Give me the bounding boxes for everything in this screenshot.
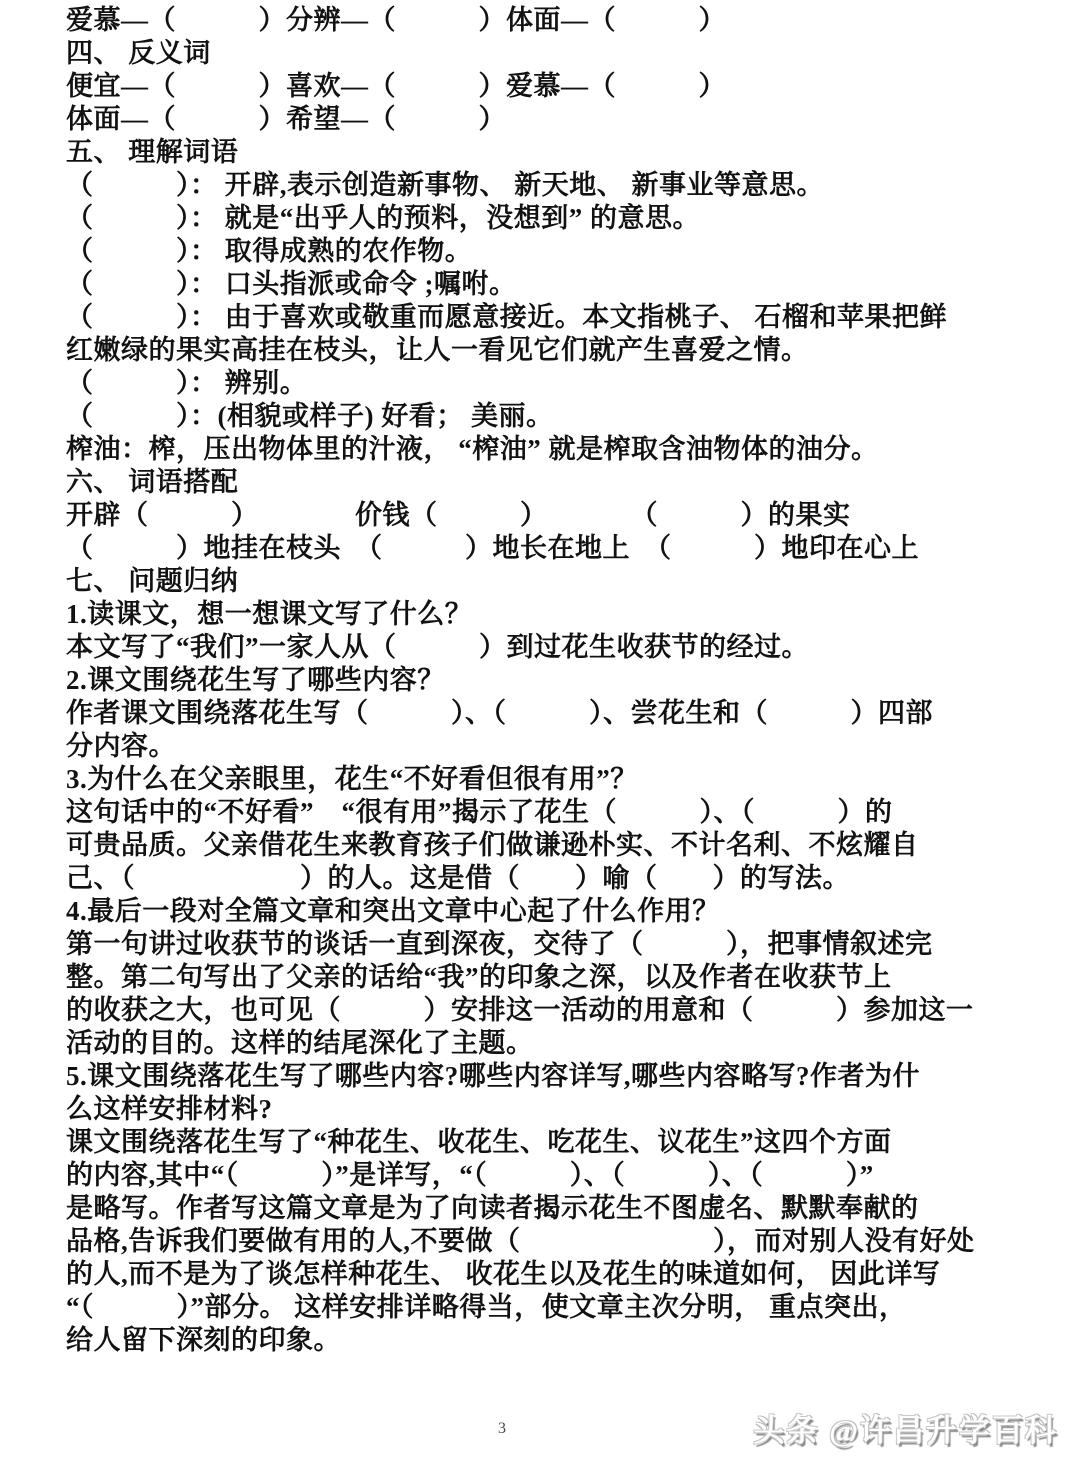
text-line: 第一句讲过收获节的谈话一直到深夜，交待了（ ），把事情叙述完 bbox=[66, 928, 1018, 961]
text-line: （ ）地挂在枝头 （ ）地长在地上 （ ）地印在心上 bbox=[66, 532, 1018, 565]
text-line: 分内容。 bbox=[66, 730, 1018, 763]
text-line: 五、 理解词语 bbox=[66, 136, 1018, 169]
text-line: 2.课文围绕花生写了哪些内容？ bbox=[66, 664, 1018, 697]
text-line: 开辟（ ） 价钱（ ） （ ）的果实 bbox=[66, 499, 1018, 532]
text-line: （ ）： 由于喜欢或敬重而愿意接近。本文指桃子、 石榴和苹果把鲜 bbox=[66, 301, 1018, 334]
text-line: （ ）： 就是“出乎人的预料，没想到” 的意思。 bbox=[66, 202, 1018, 235]
text-line: 六、 词语搭配 bbox=[66, 466, 1018, 499]
text-line: 可贵品质。父亲借花生来教育孩子们做谦逊朴实、不计名利、不炫耀自 bbox=[66, 829, 1018, 862]
text-line: 是略写。作者写这篇文章是为了向读者揭示花生不图虚名、默默奉献的 bbox=[66, 1192, 1018, 1225]
text-line: 这句话中的“不好看” “很有用”揭示了花生（ ）、（ ）的 bbox=[66, 796, 1018, 829]
text-line: “（ ）”部分。 这样安排详略得当，使文章主次分明， 重点突出， bbox=[66, 1291, 1018, 1324]
text-line: 本文写了“我们”一家人从（ ）到过花生收获节的经过。 bbox=[66, 631, 1018, 664]
text-line: 红嫩绿的果实高挂在枝头，让人一看见它们就产生喜爱之情。 bbox=[66, 334, 1018, 367]
watermark-toutiao-xuchang: 头条 @许昌升学百科 bbox=[753, 1405, 1058, 1450]
text-line: （ ）： 口头指派或命令 ;嘱咐。 bbox=[66, 268, 1018, 301]
text-line: 作者课文围绕落花生写（ ）、（ ）、尝花生和（ ）四部 bbox=[66, 697, 1018, 730]
text-line: 四、 反义词 bbox=[66, 37, 1018, 70]
text-line: 爱慕—（ ）分辨—（ ）体面—（ ） bbox=[66, 4, 1018, 37]
text-line: （ ）： 开辟,表示创造新事物、 新天地、 新事业等意思。 bbox=[66, 169, 1018, 202]
text-line: （ ）：(相貌或样子) 好看； 美丽。 bbox=[66, 400, 1018, 433]
text-line: 的人,而不是为了谈怎样种花生、 收花生以及花生的味道如何， 因此详写 bbox=[66, 1258, 1018, 1291]
text-line: （ ）： 辨别。 bbox=[66, 367, 1018, 400]
text-line: 便宜—（ ）喜欢—（ ）爱慕—（ ） bbox=[66, 70, 1018, 103]
text-line: 己、（ ）的人。这是借（ ）喻（ ）的写法。 bbox=[66, 862, 1018, 895]
text-line: 课文围绕落花生写了“种花生、收花生、吃花生、议花生”这四个方面 bbox=[66, 1126, 1018, 1159]
text-line: 1.读课文，想一想课文写了什么？ bbox=[66, 598, 1018, 631]
text-line: 体面—（ ）希望—（ ） bbox=[66, 103, 1018, 136]
text-line: 七、 问题归纳 bbox=[66, 565, 1018, 598]
text-line: 活动的目的。这样的结尾深化了主题。 bbox=[66, 1027, 1018, 1060]
text-line: 榨油：榨，压出物体里的汁液， “榨油” 就是榨取含油物体的油分。 bbox=[66, 433, 1018, 466]
text-line: 的内容,其中“（ ）”是详写，“（ ）、（ ）、（ ）” bbox=[66, 1159, 1018, 1192]
text-line: 4.最后一段对全篇文章和突出文章中心起了什么作用？ bbox=[66, 895, 1018, 928]
text-line: 5.课文围绕落花生写了哪些内容?哪些内容详写,哪些内容略写?作者为什 bbox=[66, 1060, 1018, 1093]
worksheet-page: 爱慕—（ ）分辨—（ ）体面—（ ）四、 反义词便宜—（ ）喜欢—（ ）爱慕—（… bbox=[0, 0, 1080, 1470]
text-line: 么这样安排材料? bbox=[66, 1093, 1018, 1126]
text-line: 给人留下深刻的印象。 bbox=[66, 1324, 1018, 1357]
text-line: （ ）： 取得成熟的农作物。 bbox=[66, 235, 1018, 268]
text-line: 的收获之大，也可见（ ）安排这一活动的用意和（ ）参加这一 bbox=[66, 994, 1018, 1027]
text-line: 整。第二句写出了父亲的话给“我”的印象之深，以及作者在收获节上 bbox=[66, 961, 1018, 994]
text-line: 3.为什么在父亲眼里，花生“不好看但很有用”？ bbox=[66, 763, 1018, 796]
worksheet-text-body: 爱慕—（ ）分辨—（ ）体面—（ ）四、 反义词便宜—（ ）喜欢—（ ）爱慕—（… bbox=[66, 4, 1018, 1357]
text-line: 品格,告诉我们要做有用的人,不要做（ ），而对别人没有好处 bbox=[66, 1225, 1018, 1258]
